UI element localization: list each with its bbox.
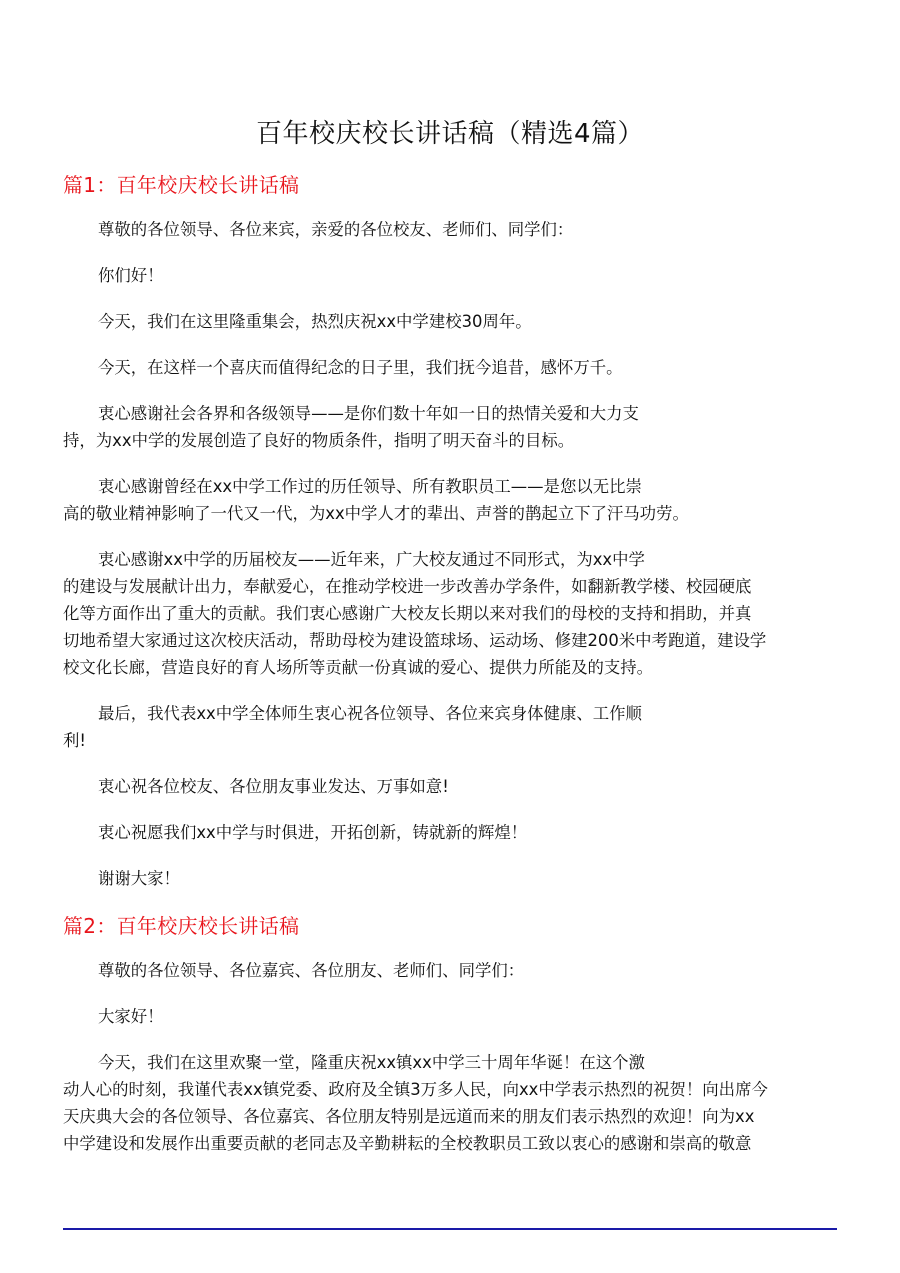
paragraph-line: 今天，在这样一个喜庆而值得纪念的日子里，我们抚今追昔，感怀万千。 <box>63 354 838 381</box>
paragraph-line: 尊敬的各位领导、各位来宾，亲爱的各位校友、老师们、同学们： <box>63 216 838 243</box>
paragraph-line: 持，为xx中学的发展创造了良好的物质条件，指明了明天奋斗的目标。 <box>63 427 838 454</box>
body-paragraph: 衷心感谢曾经在xx中学工作过的历任领导、所有教职员工——是您以无比崇 高的敬业精… <box>63 473 838 527</box>
body-paragraph: 衷心感谢社会各界和各级领导——是你们数十年如一日的热情关爱和大力支 持，为xx中… <box>63 400 838 454</box>
greeting-paragraph: 你们好！ <box>63 262 838 289</box>
paragraph-line: 大家好！ <box>63 1003 838 1030</box>
body-paragraph: 今天，在这样一个喜庆而值得纪念的日子里，我们抚今追昔，感怀万千。 <box>63 354 838 381</box>
section-heading: 篇1：百年校庆校长讲话稿 <box>63 170 838 200</box>
body-paragraph: 今天，我们在这里隆重集会，热烈庆祝xx中学建校30周年。 <box>63 308 838 335</box>
section-heading: 篇2：百年校庆校长讲话稿 <box>63 911 838 941</box>
paragraph-line: 中学建设和发展作出重要贡献的老同志及辛勤耕耘的全校教职员工致以衷心的感谢和崇高的… <box>63 1130 838 1157</box>
salutation-paragraph: 尊敬的各位领导、各位嘉宾、各位朋友、老师们、同学们： <box>63 957 838 984</box>
paragraph-line: 衷心祝各位校友、各位朋友事业发达、万事如意! <box>63 773 838 800</box>
paragraph-line: 的建设与发展献计出力，奉献爱心，在推动学校进一步改善办学条件，如翻新教学楼、校园… <box>63 573 838 600</box>
closing-paragraph: 谢谢大家！ <box>63 865 838 892</box>
paragraph-line: 切地希望大家通过这次校庆活动，帮助母校为建设篮球场、运动场、修建200米中考跑道… <box>63 627 838 654</box>
paragraph-line: 衷心感谢曾经在xx中学工作过的历任领导、所有教职员工——是您以无比崇 <box>63 473 838 500</box>
paragraph-line: 今天，我们在这里欢聚一堂，隆重庆祝xx镇xx中学三十周年华诞！在这个激 <box>63 1049 838 1076</box>
paragraph-line: 今天，我们在这里隆重集会，热烈庆祝xx中学建校30周年。 <box>63 308 838 335</box>
paragraph-line: 衷心感谢xx中学的历届校友——近年来，广大校友通过不同形式，为xx中学 <box>63 546 838 573</box>
body-paragraph: 最后，我代表xx中学全体师生衷心祝各位领导、各位来宾身体健康、工作顺 利! <box>63 700 838 754</box>
paragraph-line: 你们好！ <box>63 262 838 289</box>
body-paragraph: 衷心祝各位校友、各位朋友事业发达、万事如意! <box>63 773 838 800</box>
paragraph-line: 最后，我代表xx中学全体师生衷心祝各位领导、各位来宾身体健康、工作顺 <box>63 700 838 727</box>
paragraph-line: 天庆典大会的各位领导、各位嘉宾、各位朋友特别是远道而来的朋友们表示热烈的欢迎！向… <box>63 1103 838 1130</box>
document-title: 百年校庆校长讲话稿（精选4篇） <box>0 116 900 152</box>
paragraph-line: 动人心的时刻，我谨代表xx镇党委、政府及全镇3万多人民，向xx中学表示热烈的祝贺… <box>63 1076 838 1103</box>
paragraph-line: 高的敬业精神影响了一代又一代，为xx中学人才的辈出、声誉的鹊起立下了汗马功劳。 <box>63 500 838 527</box>
paragraph-line: 衷心祝愿我们xx中学与时俱进，开拓创新，铸就新的辉煌！ <box>63 819 838 846</box>
section-1: 篇1：百年校庆校长讲话稿 尊敬的各位领导、各位来宾，亲爱的各位校友、老师们、同学… <box>63 170 838 892</box>
paragraph-line: 化等方面作出了重大的贡献。我们衷心感谢广大校友长期以来对我们的母校的支持和捐助，… <box>63 600 838 627</box>
body-paragraph: 衷心感谢xx中学的历届校友——近年来，广大校友通过不同形式，为xx中学 的建设与… <box>63 546 838 681</box>
footer-divider <box>63 1228 837 1230</box>
section-2: 篇2：百年校庆校长讲话稿 尊敬的各位领导、各位嘉宾、各位朋友、老师们、同学们： … <box>63 911 838 1157</box>
body-paragraph: 今天，我们在这里欢聚一堂，隆重庆祝xx镇xx中学三十周年华诞！在这个激 动人心的… <box>63 1049 838 1157</box>
paragraph-line: 衷心感谢社会各界和各级领导——是你们数十年如一日的热情关爱和大力支 <box>63 400 838 427</box>
document-page: 百年校庆校长讲话稿（精选4篇） 篇1：百年校庆校长讲话稿 尊敬的各位领导、各位来… <box>0 0 900 1273</box>
greeting-paragraph: 大家好！ <box>63 1003 838 1030</box>
salutation-paragraph: 尊敬的各位领导、各位来宾，亲爱的各位校友、老师们、同学们： <box>63 216 838 243</box>
body-paragraph: 衷心祝愿我们xx中学与时俱进，开拓创新，铸就新的辉煌！ <box>63 819 838 846</box>
paragraph-line: 尊敬的各位领导、各位嘉宾、各位朋友、老师们、同学们： <box>63 957 838 984</box>
paragraph-line: 校文化长廊，营造良好的育人场所等贡献一份真诚的爱心、提供力所能及的支持。 <box>63 654 838 681</box>
document-content: 篇1：百年校庆校长讲话稿 尊敬的各位领导、各位来宾，亲爱的各位校友、老师们、同学… <box>63 170 838 1176</box>
paragraph-line: 谢谢大家！ <box>63 865 838 892</box>
paragraph-line: 利! <box>63 727 838 754</box>
